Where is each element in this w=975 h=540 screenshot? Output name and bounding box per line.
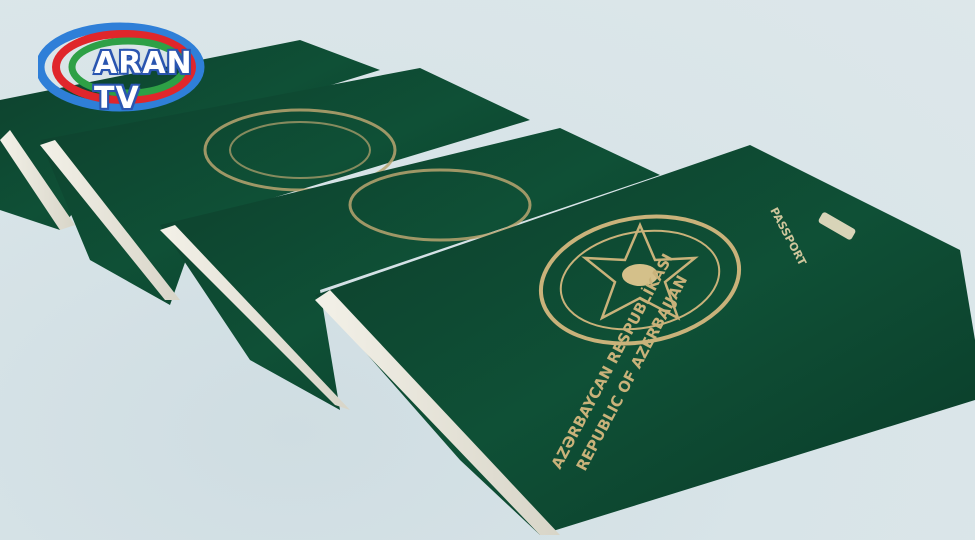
aran-tv-logo: ARAN TV: [38, 22, 248, 112]
photo-scene: AZƏRBAYCAN RESPUBLİKASI REPUBLIC OF AZER…: [0, 0, 975, 540]
logo-text: ARAN TV: [94, 46, 248, 116]
